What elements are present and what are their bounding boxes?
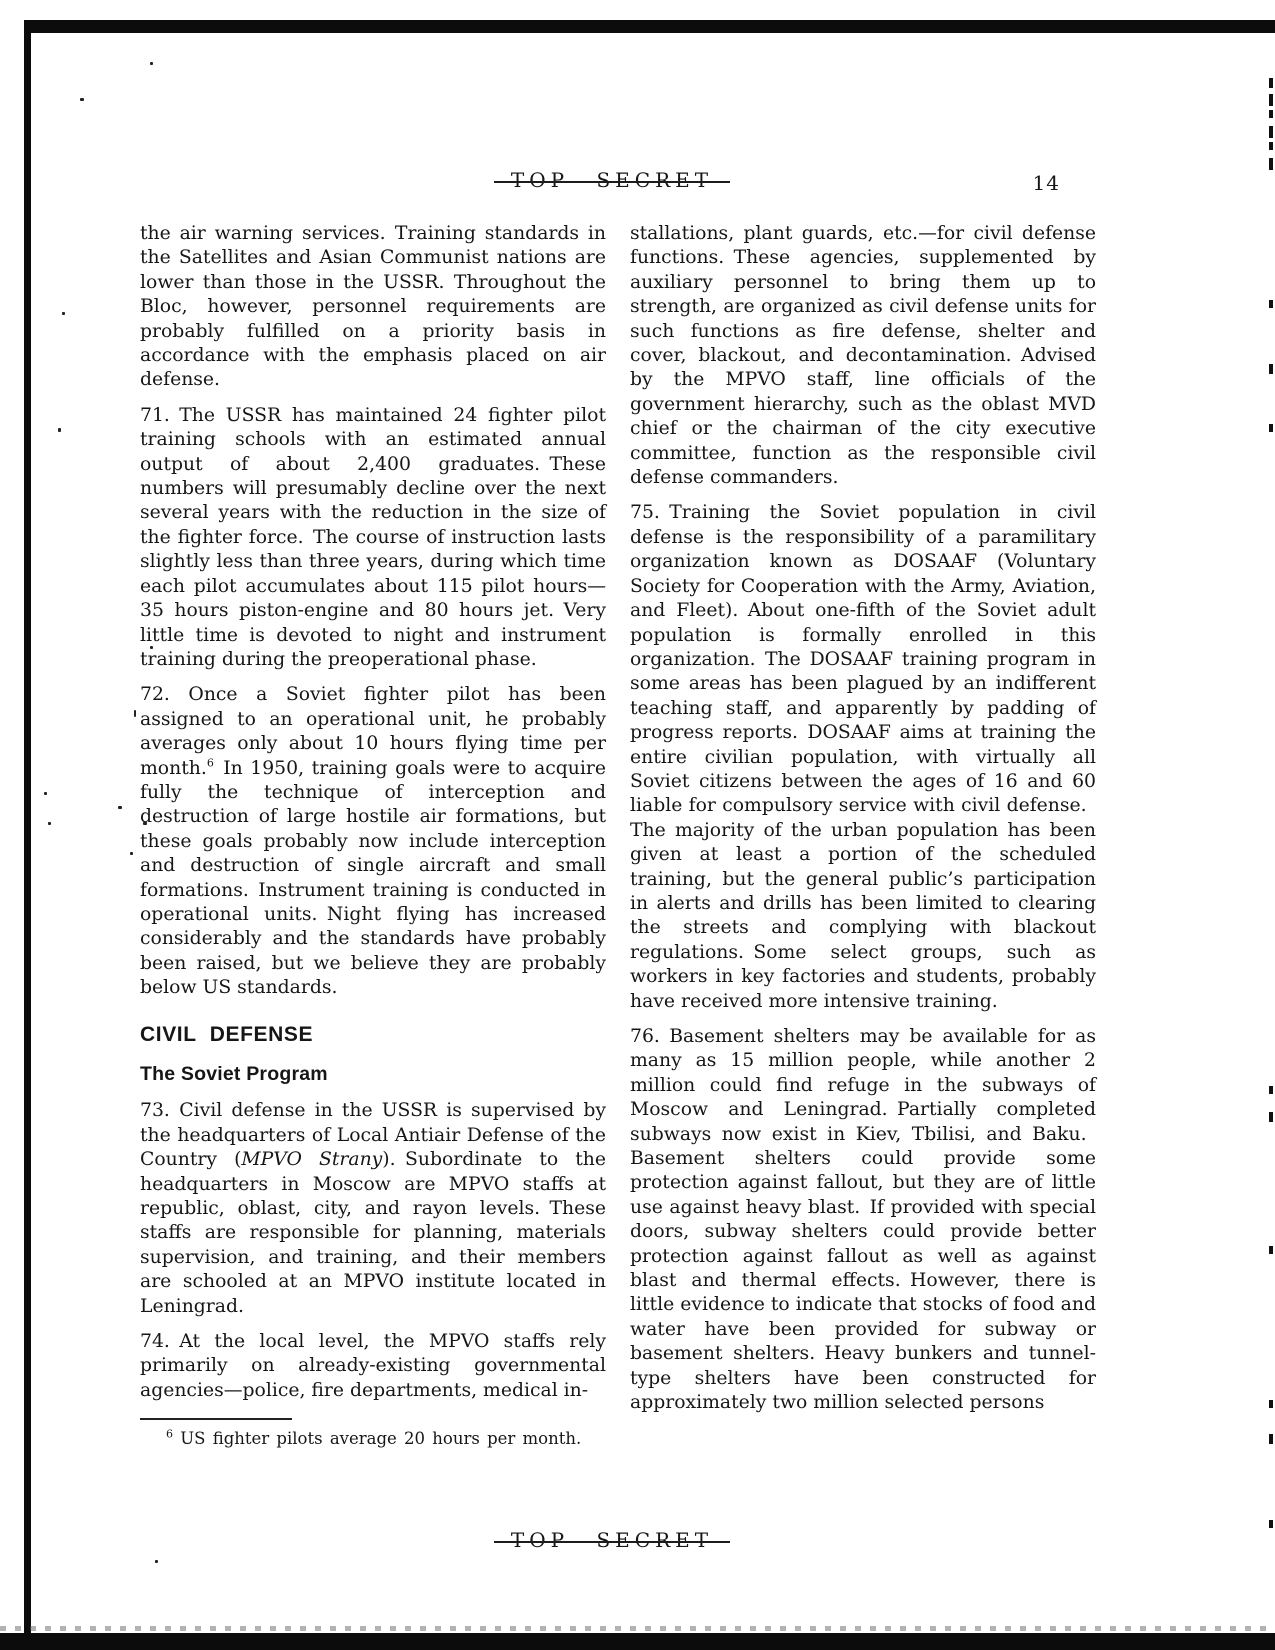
paragraph-74: 74. At the local level, the MPVO staffs … [140,1330,606,1403]
scan-artifact-dash [1269,126,1273,138]
footnote-block: 6 US fighter pilots average 20 hours per… [140,1418,606,1449]
section-heading-civil-defense: CIVIL DEFENSE [140,1023,606,1047]
mpvo-strany-italic: MPVO Strany [241,1149,382,1170]
header-classification: TOP SECRET [511,168,713,192]
scan-artifact-dash [1269,110,1273,118]
scan-artifact-dash [1269,1246,1273,1254]
scan-border-bottom [0,1633,1275,1650]
document-body: the air warning services. Training stand… [140,222,1096,1449]
scan-artifact-speck [58,428,61,432]
scan-artifact-speck [44,792,47,795]
paragraph-73-text-continued: ). Subordinate to the headquarters in Mo… [140,1149,606,1316]
scan-artifact-dash [1269,1520,1273,1528]
page-number: 14 [1033,171,1060,195]
footnote-rule [140,1418,292,1420]
footnote-reference: 6 [207,756,214,769]
footnote-marker: 6 [166,1428,173,1441]
scan-artifact-speck [118,806,122,809]
scan-artifact-speck [130,852,133,855]
scan-artifact-speck [62,312,65,315]
scan-border-left [24,20,31,1650]
scan-artifact-speck [80,98,84,101]
scan-artifact-dash [1269,78,1273,88]
paragraph-72-text-continued: In 1950, training goals were to acquire … [140,758,606,999]
paragraph-74-continuation: stallations, plant guards, etc.—for civi… [630,222,1096,490]
scan-artifact-dash [1269,1400,1273,1408]
scan-artifact-dash [1269,1434,1273,1444]
scan-artifact-speck [48,822,51,825]
subsection-heading-soviet-program: The Soviet Program [140,1062,606,1086]
scan-artifact-speck [155,1560,158,1563]
footnote: 6 US fighter pilots average 20 hours per… [140,1428,606,1449]
scanned-document-page: TOP SECRET 14 the air warning services. … [0,0,1275,1650]
scan-artifact-mark [134,710,136,717]
page-header: TOP SECRET 14 [140,168,1084,192]
left-column: the air warning services. Training stand… [140,222,606,1449]
scan-artifact-dash [1269,364,1273,374]
scan-artifact-dash [1269,424,1273,432]
scan-artifact-dash [1269,142,1273,150]
scan-speckle-line [0,1626,1275,1631]
scan-artifact-dash [1269,1112,1273,1122]
page-footer: TOP SECRET [140,1528,1084,1552]
scan-artifact-dash [1269,158,1273,170]
paragraph-72: 72. Once a Soviet fighter pilot has been… [140,683,606,1000]
scan-artifact-dash [1269,1086,1273,1094]
scan-artifact-dash [1269,300,1273,308]
right-column: stallations, plant guards, etc.—for civi… [630,222,1096,1449]
scan-border-top [24,20,1275,33]
paragraph-76: 76. Basement shelters may be available f… [630,1025,1096,1416]
paragraph-70-continuation: the air warning services. Training stand… [140,222,606,393]
paragraph-73: 73. Civil defense in the USSR is supervi… [140,1099,606,1319]
paragraph-71: 71. The USSR has maintained 24 fighter p… [140,404,606,672]
scan-artifact-speck [150,62,153,65]
footer-classification: TOP SECRET [511,1528,713,1552]
footnote-text: US fighter pilots average 20 hours per m… [180,1429,581,1448]
paragraph-75: 75. Training the Soviet population in ci… [630,501,1096,1014]
scan-artifact-dash [1269,94,1273,106]
